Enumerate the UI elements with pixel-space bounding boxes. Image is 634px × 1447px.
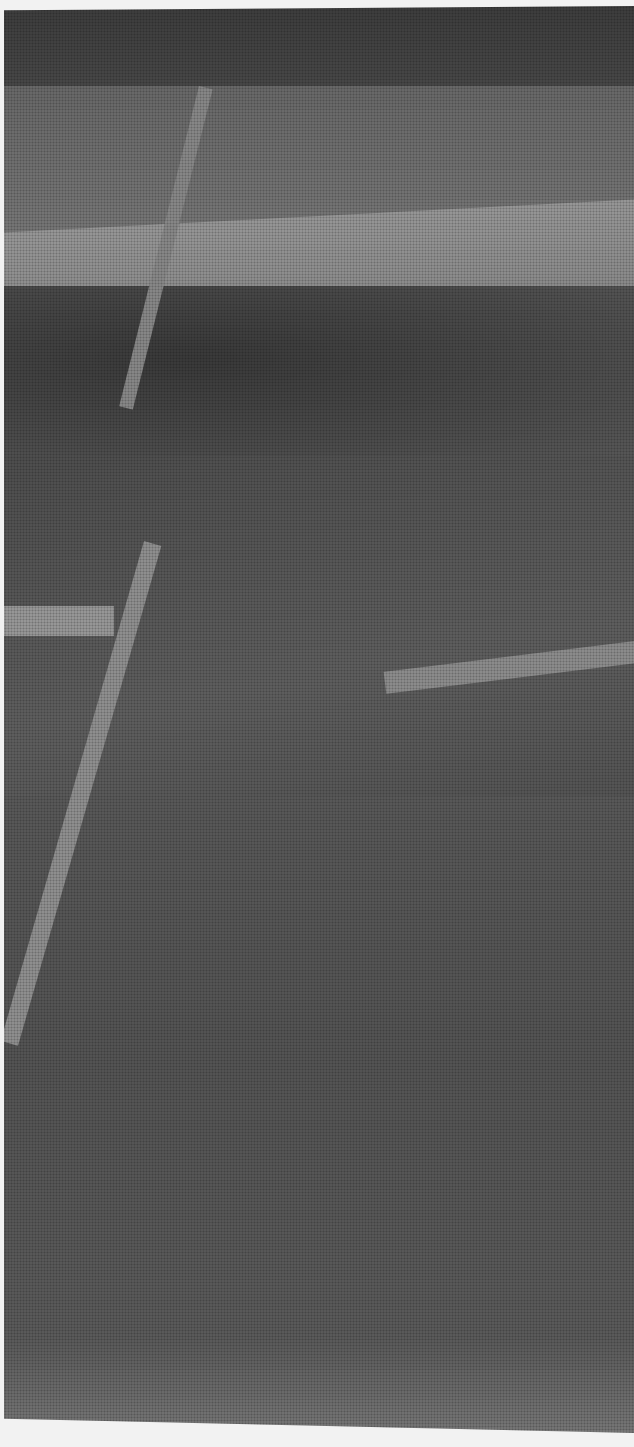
halftone-dot-overlay — [4, 6, 634, 1433]
halftone-photo — [4, 6, 634, 1433]
